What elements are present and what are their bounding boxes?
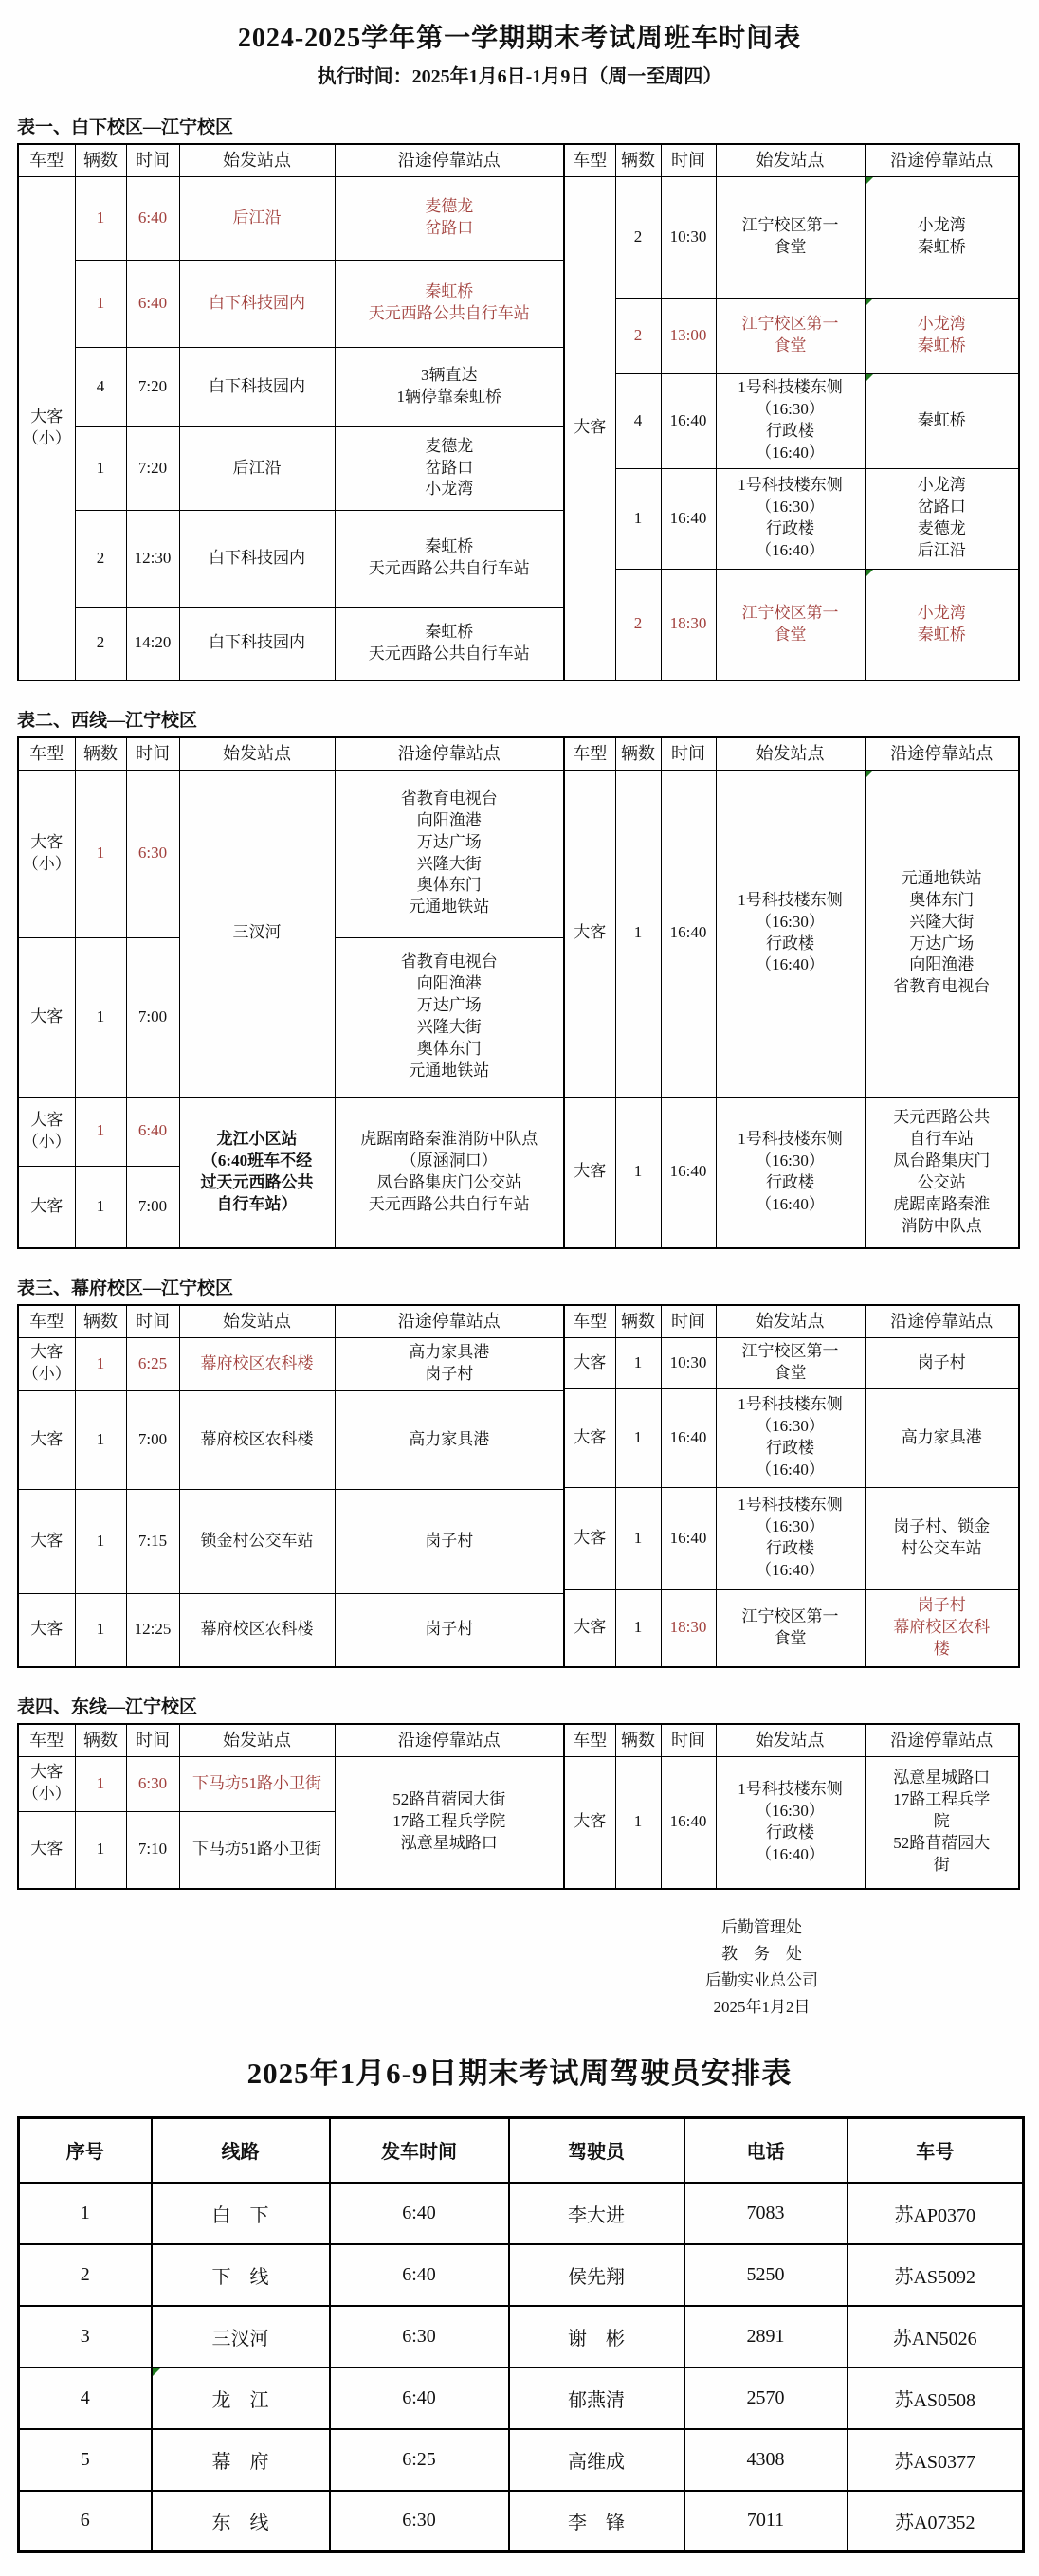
column-header: 辆数 — [75, 1305, 126, 1337]
driver-cell: 2 — [19, 2244, 152, 2306]
schedule-cell: 1 — [615, 468, 661, 569]
schedule-row: 212:30白下科技园内秦虹桥 天元西路公共自行车站 — [18, 510, 564, 607]
schedule-cell: 大客 — [564, 1487, 615, 1589]
driver-row: 2下 线6:40侯先翔5250苏AS5092 — [19, 2244, 1024, 2306]
schedule-cell: 大客 — [18, 1593, 75, 1667]
bus-schedule-tables: 表一、白下校区—江宁校区车型辆数时间始发站点沿途停靠站点大客 （小）16:40后… — [0, 113, 1039, 1890]
schedule-cell: 锁金村公交车站 — [179, 1489, 335, 1593]
schedule-cell: 后江沿 — [179, 426, 335, 510]
schedule-cell: 7:20 — [126, 426, 179, 510]
schedule-row: 大客17:00幕府校区农科楼高力家具港 — [18, 1390, 564, 1489]
column-header: 车型 — [18, 1724, 75, 1756]
signature-line: 教 务 处 — [705, 1941, 818, 1968]
schedule-cell: 16:40 — [661, 1756, 716, 1889]
driver-cell: 苏AN5026 — [848, 2306, 1024, 2367]
schedule-cell: 岗子村 — [335, 1593, 564, 1667]
schedule-cell: 小龙湾 秦虹桥 — [865, 176, 1019, 298]
schedule-cell: 6:40 — [126, 176, 179, 260]
driver-row: 4龙 江6:40郁燕清2570苏AS0508 — [19, 2367, 1024, 2429]
schedule-cell: 16:40 — [661, 770, 716, 1097]
column-header: 始发站点 — [179, 144, 335, 176]
column-header: 沿途停靠站点 — [865, 737, 1019, 770]
schedule-cell: 1号科技楼东侧 （16:30） 行政楼 （16:40） — [716, 373, 865, 468]
schedule-row: 416:401号科技楼东侧 （16:30） 行政楼 （16:40）秦虹桥 — [564, 373, 1019, 468]
schedule-cell: 秦虹桥 天元西路公共自行车站 — [335, 260, 564, 347]
driver-cell: 李大进 — [509, 2183, 684, 2244]
schedule-cell: 6:40 — [126, 260, 179, 347]
schedule-cell: 省教育电视台 向阳渔港 万达广场 兴隆大街 奥体东门 元通地铁站 — [335, 770, 564, 937]
schedule-cell: 白下科技园内 — [179, 607, 335, 680]
schedule-cell: 1 — [75, 1166, 126, 1248]
column-header: 始发站点 — [716, 1724, 865, 1756]
schedule-row: 大客 （小）16:40龙江小区站 （6:40班车不经 过天元西路公共 自行车站）… — [18, 1097, 564, 1166]
driver-cell: 苏A07352 — [848, 2491, 1024, 2552]
column-header: 时间 — [661, 1724, 716, 1756]
driver-row: 6东 线6:30李 锋7011苏A07352 — [19, 2491, 1024, 2552]
column-header: 辆数 — [75, 1724, 126, 1756]
driver-cell: 白 下 — [152, 2183, 330, 2244]
schedule-cell: 14:20 — [126, 607, 179, 680]
driver-cell: 5250 — [684, 2244, 848, 2306]
schedule-cell: 大客 — [564, 1589, 615, 1667]
schedule-cell: 1 — [615, 1487, 661, 1589]
schedule-cell: 岗子村 幕府校区农科 楼 — [865, 1589, 1019, 1667]
bus-table-3: 车型辆数时间始发站点沿途停靠站点大客 （小）16:25幕府校区农科楼高力家具港 … — [17, 1304, 1022, 1668]
schedule-cell: 10:30 — [661, 1337, 716, 1388]
schedule-cell: 大客 — [18, 1489, 75, 1593]
driver-column-header: 电话 — [684, 2118, 848, 2183]
schedule-cell: 2 — [615, 298, 661, 373]
driver-column-header: 车号 — [848, 2118, 1024, 2183]
schedule-cell: 大客 — [564, 1097, 615, 1248]
schedule-cell: 下马坊51路小卫街 — [179, 1756, 335, 1811]
driver-cell: 6:40 — [330, 2367, 509, 2429]
column-header: 车型 — [564, 737, 615, 770]
column-header: 沿途停靠站点 — [865, 1305, 1019, 1337]
column-header: 始发站点 — [716, 737, 865, 770]
schedule-cell: 12:25 — [126, 1593, 179, 1667]
driver-cell: 6:25 — [330, 2429, 509, 2491]
schedule-row: 47:20白下科技园内3辆直达 1辆停靠秦虹桥 — [18, 347, 564, 426]
schedule-cell: 2 — [615, 569, 661, 680]
column-header: 辆数 — [75, 144, 126, 176]
schedule-cell: 1号科技楼东侧 （16:30） 行政楼 （16:40） — [716, 468, 865, 569]
bus-table-2-right: 车型辆数时间始发站点沿途停靠站点大客116:401号科技楼东侧 （16:30） … — [563, 736, 1020, 1249]
schedule-cell: 小龙湾 秦虹桥 — [865, 569, 1019, 680]
column-header: 辆数 — [615, 1724, 661, 1756]
schedule-cell: 江宁校区第一 食堂 — [716, 176, 865, 298]
page-subtitle: 执行时间：2025年1月6日-1月9日（周一至周四） — [0, 61, 1039, 88]
schedule-cell: 大客 （小） — [18, 1337, 75, 1390]
driver-cell: 7083 — [684, 2183, 848, 2244]
schedule-cell: 元通地铁站 奥体东门 兴隆大街 万达广场 向阳渔港 省教育电视台 — [865, 770, 1019, 1097]
schedule-cell: 1 — [615, 1756, 661, 1889]
schedule-row: 大客 （小）16:30下马坊51路小卫街52路苜蓿园大街 17路工程兵学院 泓意… — [18, 1756, 564, 1811]
schedule-row: 大客 （小）16:30三汊河省教育电视台 向阳渔港 万达广场 兴隆大街 奥体东门… — [18, 770, 564, 937]
schedule-cell: 大客 — [18, 1166, 75, 1248]
column-header: 始发站点 — [716, 1305, 865, 1337]
schedule-cell: 三汊河 — [179, 770, 335, 1097]
schedule-cell: 18:30 — [661, 569, 716, 680]
schedule-cell: 小龙湾 秦虹桥 — [865, 298, 1019, 373]
schedule-cell: 1号科技楼东侧 （16:30） 行政楼 （16:40） — [716, 770, 865, 1097]
driver-cell: 龙 江 — [152, 2367, 330, 2429]
schedule-cell: 1 — [615, 1337, 661, 1388]
schedule-cell: 1 — [75, 1337, 126, 1390]
schedule-row: 16:40白下科技园内秦虹桥 天元西路公共自行车站 — [18, 260, 564, 347]
driver-cell: 5 — [19, 2429, 152, 2491]
schedule-cell: 7:10 — [126, 1811, 179, 1889]
schedule-cell: 1 — [75, 426, 126, 510]
driver-cell: 6:40 — [330, 2183, 509, 2244]
schedule-row: 214:20白下科技园内秦虹桥 天元西路公共自行车站 — [18, 607, 564, 680]
driver-cell: 下 线 — [152, 2244, 330, 2306]
schedule-cell: 大客 — [18, 937, 75, 1097]
signature-line: 后勤实业总公司 — [705, 1968, 818, 1994]
bus-table-4: 车型辆数时间始发站点沿途停靠站点大客 （小）16:30下马坊51路小卫街52路苜… — [17, 1723, 1022, 1890]
schedule-cell: 龙江小区站 （6:40班车不经 过天元西路公共 自行车站） — [179, 1097, 335, 1248]
driver-cell: 三汊河 — [152, 2306, 330, 2367]
driver-cell: 6:30 — [330, 2491, 509, 2552]
driver-cell: 侯先翔 — [509, 2244, 684, 2306]
document-page: 2024-2025学年第一学期期末考试周班车时间表 执行时间：2025年1月6日… — [0, 0, 1039, 2576]
driver-cell: 苏AS0377 — [848, 2429, 1024, 2491]
driver-cell: 6 — [19, 2491, 152, 2552]
schedule-row: 大客210:30江宁校区第一 食堂小龙湾 秦虹桥 — [564, 176, 1019, 298]
schedule-cell: 2 — [75, 607, 126, 680]
driver-cell: 1 — [19, 2183, 152, 2244]
column-header: 沿途停靠站点 — [335, 144, 564, 176]
driver-cell: 2570 — [684, 2367, 848, 2429]
schedule-cell: 7:20 — [126, 347, 179, 426]
column-header: 辆数 — [615, 737, 661, 770]
schedule-row: 大客116:401号科技楼东侧 （16:30） 行政楼 （16:40）高力家具港 — [564, 1388, 1019, 1487]
schedule-cell: 16:40 — [661, 1487, 716, 1589]
schedule-row: 116:401号科技楼东侧 （16:30） 行政楼 （16:40）小龙湾 岔路口… — [564, 468, 1019, 569]
schedule-cell: 岗子村 — [865, 1337, 1019, 1388]
schedule-cell: 1号科技楼东侧 （16:30） 行政楼 （16:40） — [716, 1487, 865, 1589]
schedule-cell: 4 — [615, 373, 661, 468]
column-header: 沿途停靠站点 — [335, 1724, 564, 1756]
bus-table-2-left: 车型辆数时间始发站点沿途停靠站点大客 （小）16:30三汊河省教育电视台 向阳渔… — [17, 736, 565, 1249]
schedule-cell: 幕府校区农科楼 — [179, 1390, 335, 1489]
driver-cell: 苏AP0370 — [848, 2183, 1024, 2244]
schedule-cell: 1号科技楼东侧 （16:30） 行政楼 （16:40） — [716, 1097, 865, 1248]
schedule-cell: 1 — [75, 937, 126, 1097]
schedule-row: 17:20后江沿麦德龙 岔路口 小龙湾 — [18, 426, 564, 510]
schedule-cell: 岗子村、锁金 村公交车站 — [865, 1487, 1019, 1589]
driver-cell: 李 锋 — [509, 2491, 684, 2552]
column-header: 始发站点 — [179, 1724, 335, 1756]
schedule-cell: 高力家具港 — [335, 1390, 564, 1489]
schedule-cell: 4 — [75, 347, 126, 426]
schedule-cell: 1 — [615, 1589, 661, 1667]
schedule-cell: 江宁校区第一 食堂 — [716, 1589, 865, 1667]
schedule-cell: 江宁校区第一 食堂 — [716, 569, 865, 680]
driver-cell: 幕 府 — [152, 2429, 330, 2491]
column-header: 车型 — [564, 144, 615, 176]
schedule-cell: 1号科技楼东侧 （16:30） 行政楼 （16:40） — [716, 1756, 865, 1889]
column-header: 车型 — [18, 144, 75, 176]
schedule-cell: 1 — [615, 1388, 661, 1487]
schedule-cell: 16:40 — [661, 373, 716, 468]
column-header: 时间 — [126, 737, 179, 770]
schedule-cell: 泓意星城路口 17路工程兵学 院 52路苜蓿园大 街 — [865, 1756, 1019, 1889]
schedule-row: 218:30江宁校区第一 食堂小龙湾 秦虹桥 — [564, 569, 1019, 680]
schedule-row: 大客17:15锁金村公交车站岗子村 — [18, 1489, 564, 1593]
driver-column-header: 线路 — [152, 2118, 330, 2183]
column-header: 沿途停靠站点 — [335, 737, 564, 770]
schedule-cell: 6:30 — [126, 1756, 179, 1811]
schedule-cell: 52路苜蓿园大街 17路工程兵学院 泓意星城路口 — [335, 1756, 564, 1889]
schedule-row: 大客 （小）16:40后江沿麦德龙 岔路口 — [18, 176, 564, 260]
driver-cell: 7011 — [684, 2491, 848, 2552]
driver-cell: 6:40 — [330, 2244, 509, 2306]
schedule-cell: 1 — [75, 1097, 126, 1166]
signature-line: 2025年1月2日 — [705, 1994, 818, 2021]
driver-cell: 郁燕清 — [509, 2367, 684, 2429]
schedule-cell: 6:30 — [126, 770, 179, 937]
schedule-cell: 下马坊51路小卫街 — [179, 1811, 335, 1889]
schedule-cell: 天元西路公共 自行车站 凤台路集庆门 公交站 虎踞南路秦淮 消防中队点 — [865, 1097, 1019, 1248]
driver-cell: 3 — [19, 2306, 152, 2367]
schedule-cell: 高力家具港 岗子村 — [335, 1337, 564, 1390]
column-header: 时间 — [126, 1724, 179, 1756]
schedule-cell: 10:30 — [661, 176, 716, 298]
page-title: 2024-2025学年第一学期期末考试周班车时间表 — [0, 17, 1039, 55]
schedule-row: 大客116:401号科技楼东侧 （16:30） 行政楼 （16:40）岗子村、锁… — [564, 1487, 1019, 1589]
schedule-cell: 大客 — [564, 1756, 615, 1889]
driver-column-header: 序号 — [19, 2118, 152, 2183]
schedule-cell: 白下科技园内 — [179, 347, 335, 426]
column-header: 辆数 — [75, 737, 126, 770]
schedule-cell: 1 — [75, 1811, 126, 1889]
driver-cell: 东 线 — [152, 2491, 330, 2552]
signature-line: 后勤管理处 — [705, 1914, 818, 1941]
schedule-cell: 后江沿 — [179, 176, 335, 260]
bus-table-4-right: 车型辆数时间始发站点沿途停靠站点大客116:401号科技楼东侧 （16:30） … — [563, 1723, 1020, 1890]
schedule-cell: 1 — [75, 1489, 126, 1593]
bus-table-1: 车型辆数时间始发站点沿途停靠站点大客 （小）16:40后江沿麦德龙 岔路口16:… — [17, 143, 1022, 681]
schedule-cell: 12:30 — [126, 510, 179, 607]
schedule-cell: 2 — [615, 176, 661, 298]
column-header: 辆数 — [615, 1305, 661, 1337]
bus-table-1-right: 车型辆数时间始发站点沿途停靠站点大客210:30江宁校区第一 食堂小龙湾 秦虹桥… — [563, 143, 1020, 681]
column-header: 时间 — [661, 144, 716, 176]
schedule-cell: 1 — [75, 1593, 126, 1667]
schedule-row: 大客110:30江宁校区第一 食堂岗子村 — [564, 1337, 1019, 1388]
schedule-cell: 16:40 — [661, 1388, 716, 1487]
schedule-cell: 16:40 — [661, 1097, 716, 1248]
column-header: 沿途停靠站点 — [335, 1305, 564, 1337]
schedule-cell: 18:30 — [661, 1589, 716, 1667]
column-header: 时间 — [126, 1305, 179, 1337]
schedule-cell: 幕府校区农科楼 — [179, 1337, 335, 1390]
schedule-cell: 1 — [75, 260, 126, 347]
schedule-cell: 2 — [75, 510, 126, 607]
schedule-cell: 1 — [75, 770, 126, 937]
driver-cell: 2891 — [684, 2306, 848, 2367]
schedule-cell: 6:40 — [126, 1097, 179, 1166]
driver-cell: 苏AS0508 — [848, 2367, 1024, 2429]
driver-column-header: 发车时间 — [330, 2118, 509, 2183]
schedule-cell: 麦德龙 岔路口 小龙湾 — [335, 426, 564, 510]
bus-table-caption-2: 表二、西线—江宁校区 — [17, 706, 1039, 732]
schedule-cell: 7:15 — [126, 1489, 179, 1593]
column-header: 始发站点 — [179, 1305, 335, 1337]
driver-table: 序号线路发车时间驾驶员电话车号1白 下6:40李大进7083苏AP03702下 … — [17, 2116, 1025, 2553]
column-header: 车型 — [18, 737, 75, 770]
signature-lines: 后勤管理处教 务 处后勤实业总公司2025年1月2日 — [705, 1914, 818, 2021]
driver-table-title: 2025年1月6-9日期末考试周驾驶员安排表 — [0, 2049, 1039, 2092]
schedule-cell: 大客 — [18, 1811, 75, 1889]
column-header: 时间 — [126, 144, 179, 176]
schedule-cell: 1号科技楼东侧 （16:30） 行政楼 （16:40） — [716, 1388, 865, 1487]
schedule-cell: 7:00 — [126, 937, 179, 1097]
schedule-cell: 大客 （小） — [18, 1097, 75, 1166]
driver-cell: 高维成 — [509, 2429, 684, 2491]
schedule-cell: 6:25 — [126, 1337, 179, 1390]
driver-cell: 谢 彬 — [509, 2306, 684, 2367]
bus-table-1-left: 车型辆数时间始发站点沿途停靠站点大客 （小）16:40后江沿麦德龙 岔路口16:… — [17, 143, 565, 681]
schedule-cell: 大客 — [564, 770, 615, 1097]
column-header: 沿途停靠站点 — [865, 144, 1019, 176]
schedule-cell: 大客 — [18, 1390, 75, 1489]
schedule-row: 213:00江宁校区第一 食堂小龙湾 秦虹桥 — [564, 298, 1019, 373]
bus-table-caption-4: 表四、东线—江宁校区 — [17, 1693, 1039, 1718]
schedule-row: 大客 （小）16:25幕府校区农科楼高力家具港 岗子村 — [18, 1337, 564, 1390]
bus-table-caption-3: 表三、幕府校区—江宁校区 — [17, 1274, 1039, 1299]
schedule-cell: 江宁校区第一 食堂 — [716, 1337, 865, 1388]
schedule-cell: 幕府校区农科楼 — [179, 1593, 335, 1667]
column-header: 沿途停靠站点 — [865, 1724, 1019, 1756]
schedule-cell: 1 — [75, 1756, 126, 1811]
column-header: 时间 — [661, 737, 716, 770]
schedule-cell: 大客 （小） — [18, 1756, 75, 1811]
schedule-cell: 白下科技园内 — [179, 510, 335, 607]
schedule-cell: 麦德龙 岔路口 — [335, 176, 564, 260]
schedule-cell: 大客 （小） — [18, 770, 75, 937]
schedule-cell: 大客 — [564, 1337, 615, 1388]
column-header: 时间 — [661, 1305, 716, 1337]
schedule-cell: 大客 — [564, 176, 615, 680]
driver-cell: 4308 — [684, 2429, 848, 2491]
column-header: 车型 — [564, 1305, 615, 1337]
schedule-cell: 13:00 — [661, 298, 716, 373]
schedule-row: 大客118:30江宁校区第一 食堂岗子村 幕府校区农科 楼 — [564, 1589, 1019, 1667]
column-header: 辆数 — [615, 144, 661, 176]
schedule-cell: 秦虹桥 天元西路公共自行车站 — [335, 607, 564, 680]
schedule-cell: 大客 — [564, 1388, 615, 1487]
schedule-cell: 大客 （小） — [18, 176, 75, 680]
schedule-cell: 7:00 — [126, 1390, 179, 1489]
schedule-cell: 1 — [75, 1390, 126, 1489]
driver-cell: 苏AS5092 — [848, 2244, 1024, 2306]
signature-block: 后勤管理处教 务 处后勤实业总公司2025年1月2日 — [17, 1914, 1022, 2021]
bus-table-4-left: 车型辆数时间始发站点沿途停靠站点大客 （小）16:30下马坊51路小卫街52路苜… — [17, 1723, 565, 1890]
bus-table-3-left: 车型辆数时间始发站点沿途停靠站点大客 （小）16:25幕府校区农科楼高力家具港 … — [17, 1304, 565, 1668]
driver-row: 5幕 府6:25高维成4308苏AS0377 — [19, 2429, 1024, 2491]
schedule-cell: 1 — [75, 176, 126, 260]
schedule-cell: 秦虹桥 — [865, 373, 1019, 468]
driver-row: 1白 下6:40李大进7083苏AP0370 — [19, 2183, 1024, 2244]
schedule-cell: 江宁校区第一 食堂 — [716, 298, 865, 373]
schedule-row: 大客116:401号科技楼东侧 （16:30） 行政楼 （16:40）天元西路公… — [564, 1097, 1019, 1248]
schedule-cell: 16:40 — [661, 468, 716, 569]
schedule-cell: 1 — [615, 1097, 661, 1248]
schedule-cell: 1 — [615, 770, 661, 1097]
bus-table-caption-1: 表一、白下校区—江宁校区 — [17, 113, 1039, 138]
schedule-cell: 虎踞南路秦淮消防中队点 （原涵洞口） 凤台路集庆门公交站 天元西路公共自行车站 — [335, 1097, 564, 1248]
schedule-cell: 7:00 — [126, 1166, 179, 1248]
driver-cell: 4 — [19, 2367, 152, 2429]
column-header: 车型 — [18, 1305, 75, 1337]
schedule-cell: 3辆直达 1辆停靠秦虹桥 — [335, 347, 564, 426]
column-header: 始发站点 — [716, 144, 865, 176]
schedule-cell: 小龙湾 岔路口 麦德龙 后江沿 — [865, 468, 1019, 569]
schedule-cell: 高力家具港 — [865, 1388, 1019, 1487]
driver-cell: 6:30 — [330, 2306, 509, 2367]
schedule-cell: 白下科技园内 — [179, 260, 335, 347]
driver-row: 3三汊河6:30谢 彬2891苏AN5026 — [19, 2306, 1024, 2367]
schedule-cell: 岗子村 — [335, 1489, 564, 1593]
bus-table-3-right: 车型辆数时间始发站点沿途停靠站点大客110:30江宁校区第一 食堂岗子村大客11… — [563, 1304, 1020, 1668]
driver-table-container: 序号线路发车时间驾驶员电话车号1白 下6:40李大进7083苏AP03702下 … — [0, 2116, 1039, 2553]
schedule-row: 大客116:401号科技楼东侧 （16:30） 行政楼 （16:40）元通地铁站… — [564, 770, 1019, 1097]
driver-column-header: 驾驶员 — [509, 2118, 684, 2183]
schedule-cell: 省教育电视台 向阳渔港 万达广场 兴隆大街 奥体东门 元通地铁站 — [335, 937, 564, 1097]
bus-table-2: 车型辆数时间始发站点沿途停靠站点大客 （小）16:30三汊河省教育电视台 向阳渔… — [17, 736, 1022, 1249]
column-header: 始发站点 — [179, 737, 335, 770]
schedule-cell: 秦虹桥 天元西路公共自行车站 — [335, 510, 564, 607]
schedule-row: 大客112:25幕府校区农科楼岗子村 — [18, 1593, 564, 1667]
schedule-row: 大客116:401号科技楼东侧 （16:30） 行政楼 （16:40）泓意星城路… — [564, 1756, 1019, 1889]
column-header: 车型 — [564, 1724, 615, 1756]
